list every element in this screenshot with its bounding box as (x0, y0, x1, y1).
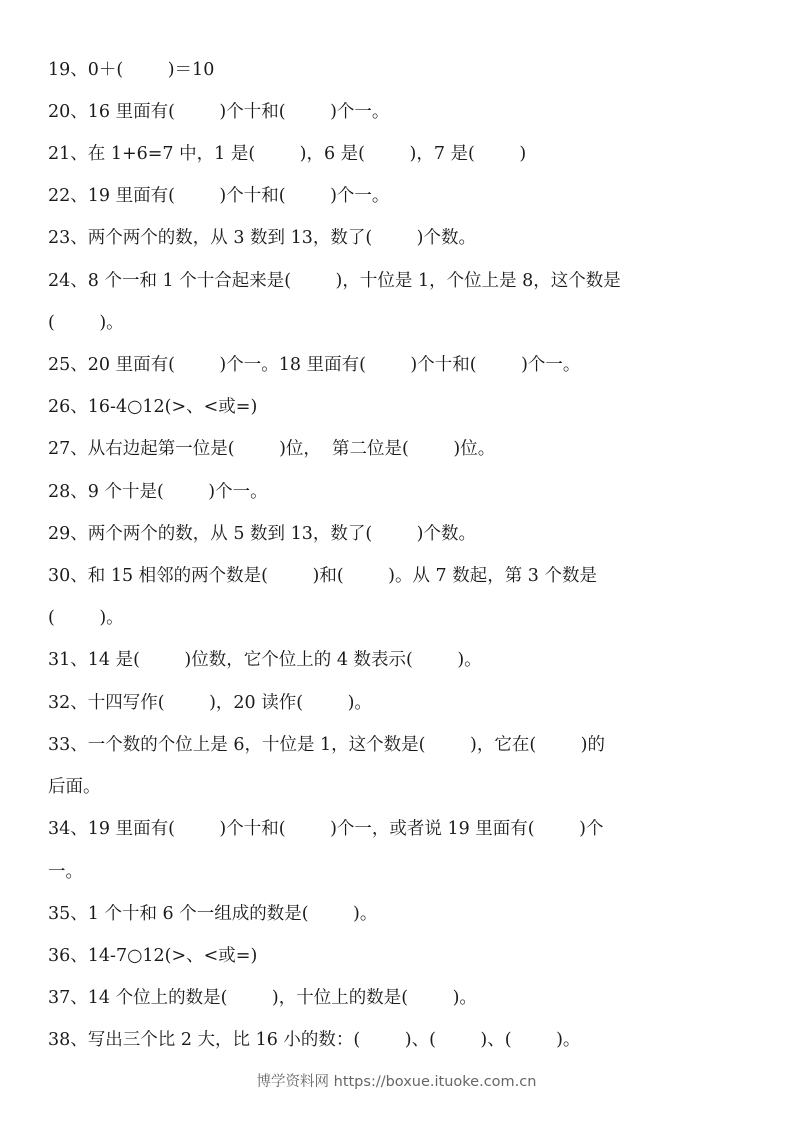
question-33: 33、一个数的个位上是 6，十位是 1，这个数是( )，它在( )的 (48, 734, 605, 756)
question-34-continued: 一。 (48, 861, 83, 883)
question-32: 32、十四写作( )，20 读作( )。 (48, 692, 372, 714)
question-22: 22、19 里面有( )个十和( )个一。 (48, 185, 389, 207)
question-24: 24、8 个一和 1 个十合起来是( )，十位是 1，个位上是 8，这个数是 (48, 270, 621, 292)
question-28: 28、9 个十是( )个一。 (48, 481, 268, 503)
question-19: 19、0＋( )＝10 (48, 59, 214, 81)
question-23: 23、两个两个的数，从 3 数到 13，数了( )个数。 (48, 227, 476, 249)
question-25: 25、20 里面有( )个一。18 里面有( )个十和( )个一。 (48, 354, 580, 376)
question-20: 20、16 里面有( )个十和( )个一。 (48, 101, 389, 123)
question-38: 38、写出三个比 2 大，比 16 小的数：( )、( )、( )。 (48, 1029, 580, 1051)
footer-watermark: 博学资料网 https://boxue.ituoke.com.cn (0, 1070, 793, 1091)
question-31: 31、14 是( )位数，它个位上的 4 数表示( )。 (48, 649, 482, 671)
question-36: 36、14-7○12(>、<或=) (48, 945, 257, 967)
question-37: 37、14 个位上的数是( )，十位上的数是( )。 (48, 987, 477, 1009)
question-30-continued: ( )。 (48, 607, 124, 629)
question-30: 30、和 15 相邻的两个数是( )和( )。从 7 数起，第 3 个数是 (48, 565, 597, 587)
question-21: 21、在 1+6=7 中，1 是( )，6 是( )，7 是( ) (48, 143, 526, 165)
worksheet-page: 19、0＋( )＝10 20、16 里面有( )个十和( )个一。 21、在 1… (0, 0, 793, 1122)
question-24-continued: ( )。 (48, 312, 124, 334)
question-29: 29、两个两个的数，从 5 数到 13，数了( )个数。 (48, 523, 476, 545)
question-34: 34、19 里面有( )个十和( )个一，或者说 19 里面有( )个 (48, 818, 603, 840)
question-27: 27、从右边起第一位是( )位， 第二位是( )位。 (48, 438, 495, 460)
question-33-continued: 后面。 (48, 776, 101, 798)
question-26: 26、16-4○12(>、<或=) (48, 396, 257, 418)
question-35: 35、1 个十和 6 个一组成的数是( )。 (48, 903, 377, 925)
